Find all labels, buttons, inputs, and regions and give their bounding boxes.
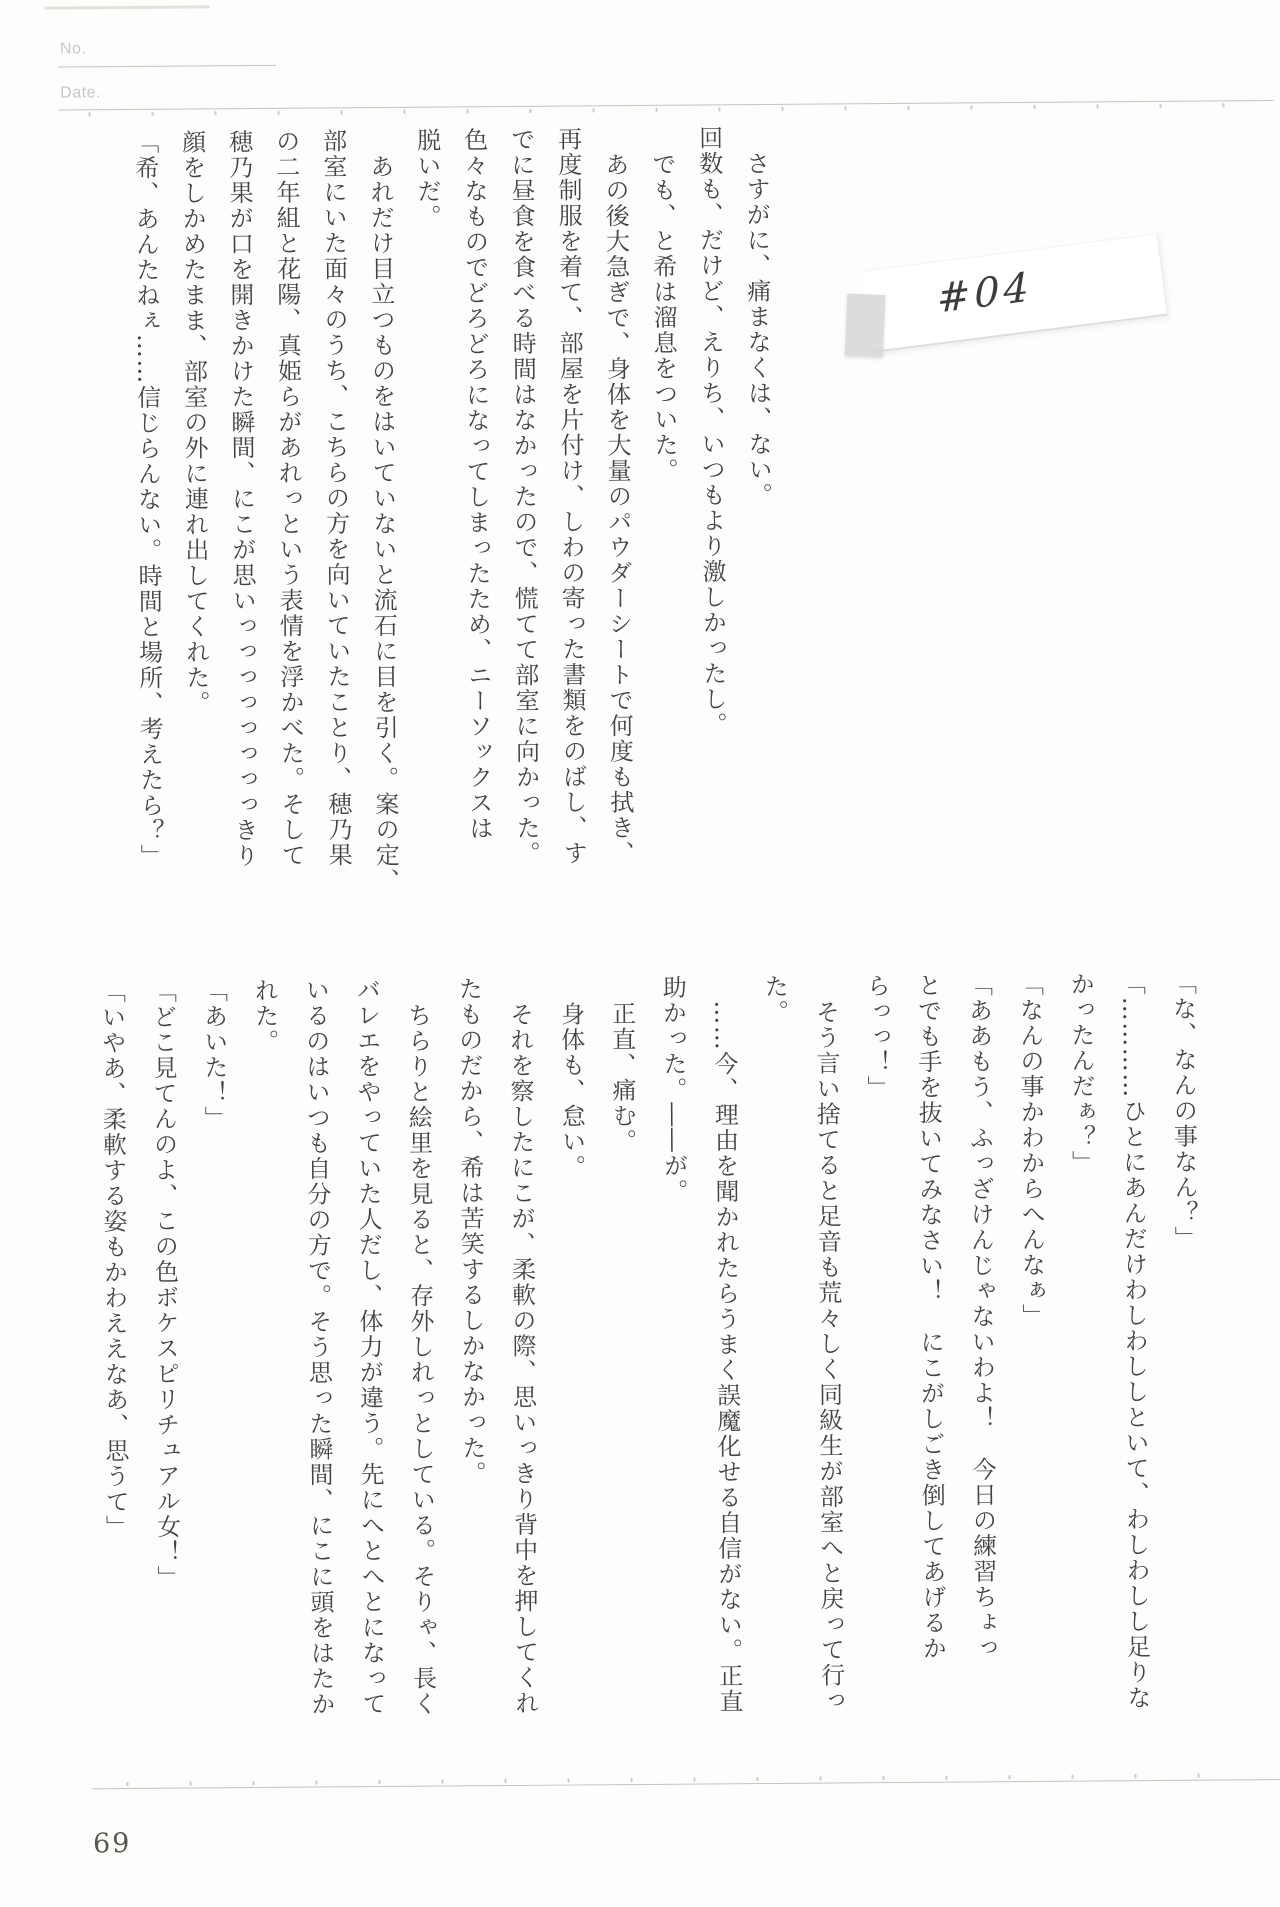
vertical-text-line: 正直、痛む。 — [595, 975, 652, 1765]
notebook-date-label: Date. — [60, 84, 101, 102]
notebook-no-label: No. — [60, 40, 87, 58]
vertical-text-line: 色々なものでどろどろになってしまったため、ニーソックスは — [450, 127, 503, 927]
scanned-page: No. Date. #04 さすがに、痛まなくは、ない。回数も、だけど、えりち、… — [0, 0, 1280, 1907]
vertical-text-line: さすがに、痛まなくは、ない。 — [732, 125, 785, 925]
vertical-text-line: 「ああもう、ふっざけんじゃないわよ！ 今日の練習ちょっ — [952, 972, 1009, 1762]
vertical-text-line: 再度制服を着て、部屋を片付け、しわの寄った書類をのばし、す — [544, 126, 597, 926]
vertical-text-line: あの後大急ぎで、身体を大量のパウダーシートで何度も拭き、 — [591, 126, 644, 926]
vertical-text-line: それを察したにこが、柔軟の際、思いっきり背中を押してくれ — [493, 976, 550, 1766]
vertical-text-line: でに昼食を食べる時間はなかったので、慌てて部室に向かった。 — [497, 127, 550, 927]
vertical-text-line: 助かった。――が。 — [646, 975, 703, 1765]
vertical-text-line: 「どこ見てんのよ、この色ボケスピリチュアル女！」 — [136, 979, 193, 1769]
vertical-text-line: 「あいた！」 — [187, 978, 244, 1768]
vertical-text-line: ちらりと絵里を見ると、存外しれっとしている。そりゃ、長く — [391, 977, 448, 1767]
vertical-text-line: ……今、理由を聞かれたらうまく誤魔化せる自信がない。正直 — [697, 974, 754, 1764]
vertical-text-line: 「いやあ、柔軟する姿もかわええなあ、思うて」 — [85, 979, 142, 1769]
chapter-note-label: #04 — [937, 264, 1034, 322]
vertical-text-line: そう言い捨てると足音も荒々しく同級生が部室へと戻って行っ — [799, 973, 856, 1763]
vertical-text-line: 「希、あんたねぇ……信じらんない。時間と場所、考えたら？」 — [121, 130, 174, 930]
vertical-text-line: 顔をしかめたまま、部室の外に連れ出してくれた。 — [168, 129, 221, 929]
upper-text-block: さすがに、痛まなくは、ない。回数も、だけど、えりち、いつもより激しかったし。でも… — [121, 125, 785, 930]
chapter-note-slip: #04 — [861, 233, 1168, 353]
vertical-text-line: 脱いだ。 — [403, 127, 456, 927]
vertical-text-line: 「な、なんの事なん？」 — [1156, 971, 1213, 1761]
vertical-text-line: らっっ！」 — [850, 973, 907, 1763]
lower-text-block: 「な、なんの事なん？」「…………ひとにあんだけわしわししといて、わしわしし足りな… — [85, 971, 1213, 1770]
vertical-text-line: たものだから、希は苦笑するしかなかった。 — [442, 976, 499, 1766]
vertical-text-line: でも、と希は溜息をついた。 — [638, 126, 691, 926]
vertical-text-line: 部室にいた面々のうち、こちらの方を向いていたことり、穂乃果 — [309, 128, 362, 928]
scan-edge-artifact — [45, 5, 210, 9]
vertical-text-line: バレエをやっていた人だし、体力が違う。先にへとへとになって — [340, 977, 397, 1767]
vertical-text-line: 「なんの事かわからへんなぁ」 — [1003, 972, 1060, 1762]
vertical-text-line: 回数も、だけど、えりち、いつもより激しかったし。 — [685, 125, 738, 925]
vertical-text-line: た。 — [748, 974, 805, 1764]
vertical-text-line: とでも手を抜いてみなさい！ にこがしごき倒してあげるか — [901, 973, 958, 1763]
vertical-text-line: 「…………ひとにあんだけわしわししといて、わしわしし足りな — [1105, 971, 1162, 1761]
vertical-text-line: 身体も、怠い。 — [544, 975, 601, 1765]
vertical-text-line: の二年組と花陽、真姫らがあれっという表情を浮かべた。そして — [262, 129, 315, 929]
tape-icon — [845, 293, 886, 357]
vertical-text-line: あれだけ目立つものをはいていないと流石に目を引く。案の定、 — [356, 128, 409, 928]
vertical-text-line: 穂乃果が口を開きかけた瞬間、にこが思いっっっっっっっっきり — [215, 129, 268, 929]
vertical-text-line: かったんだぁ？」 — [1054, 971, 1111, 1761]
vertical-text-line: いるのはいつも自分の方で。そう思った瞬間、にこに頭をはたか — [289, 977, 346, 1767]
page-number: 69 — [93, 1828, 132, 1859]
vertical-text-line: れた。 — [238, 978, 295, 1768]
notebook-no-line — [58, 65, 276, 68]
